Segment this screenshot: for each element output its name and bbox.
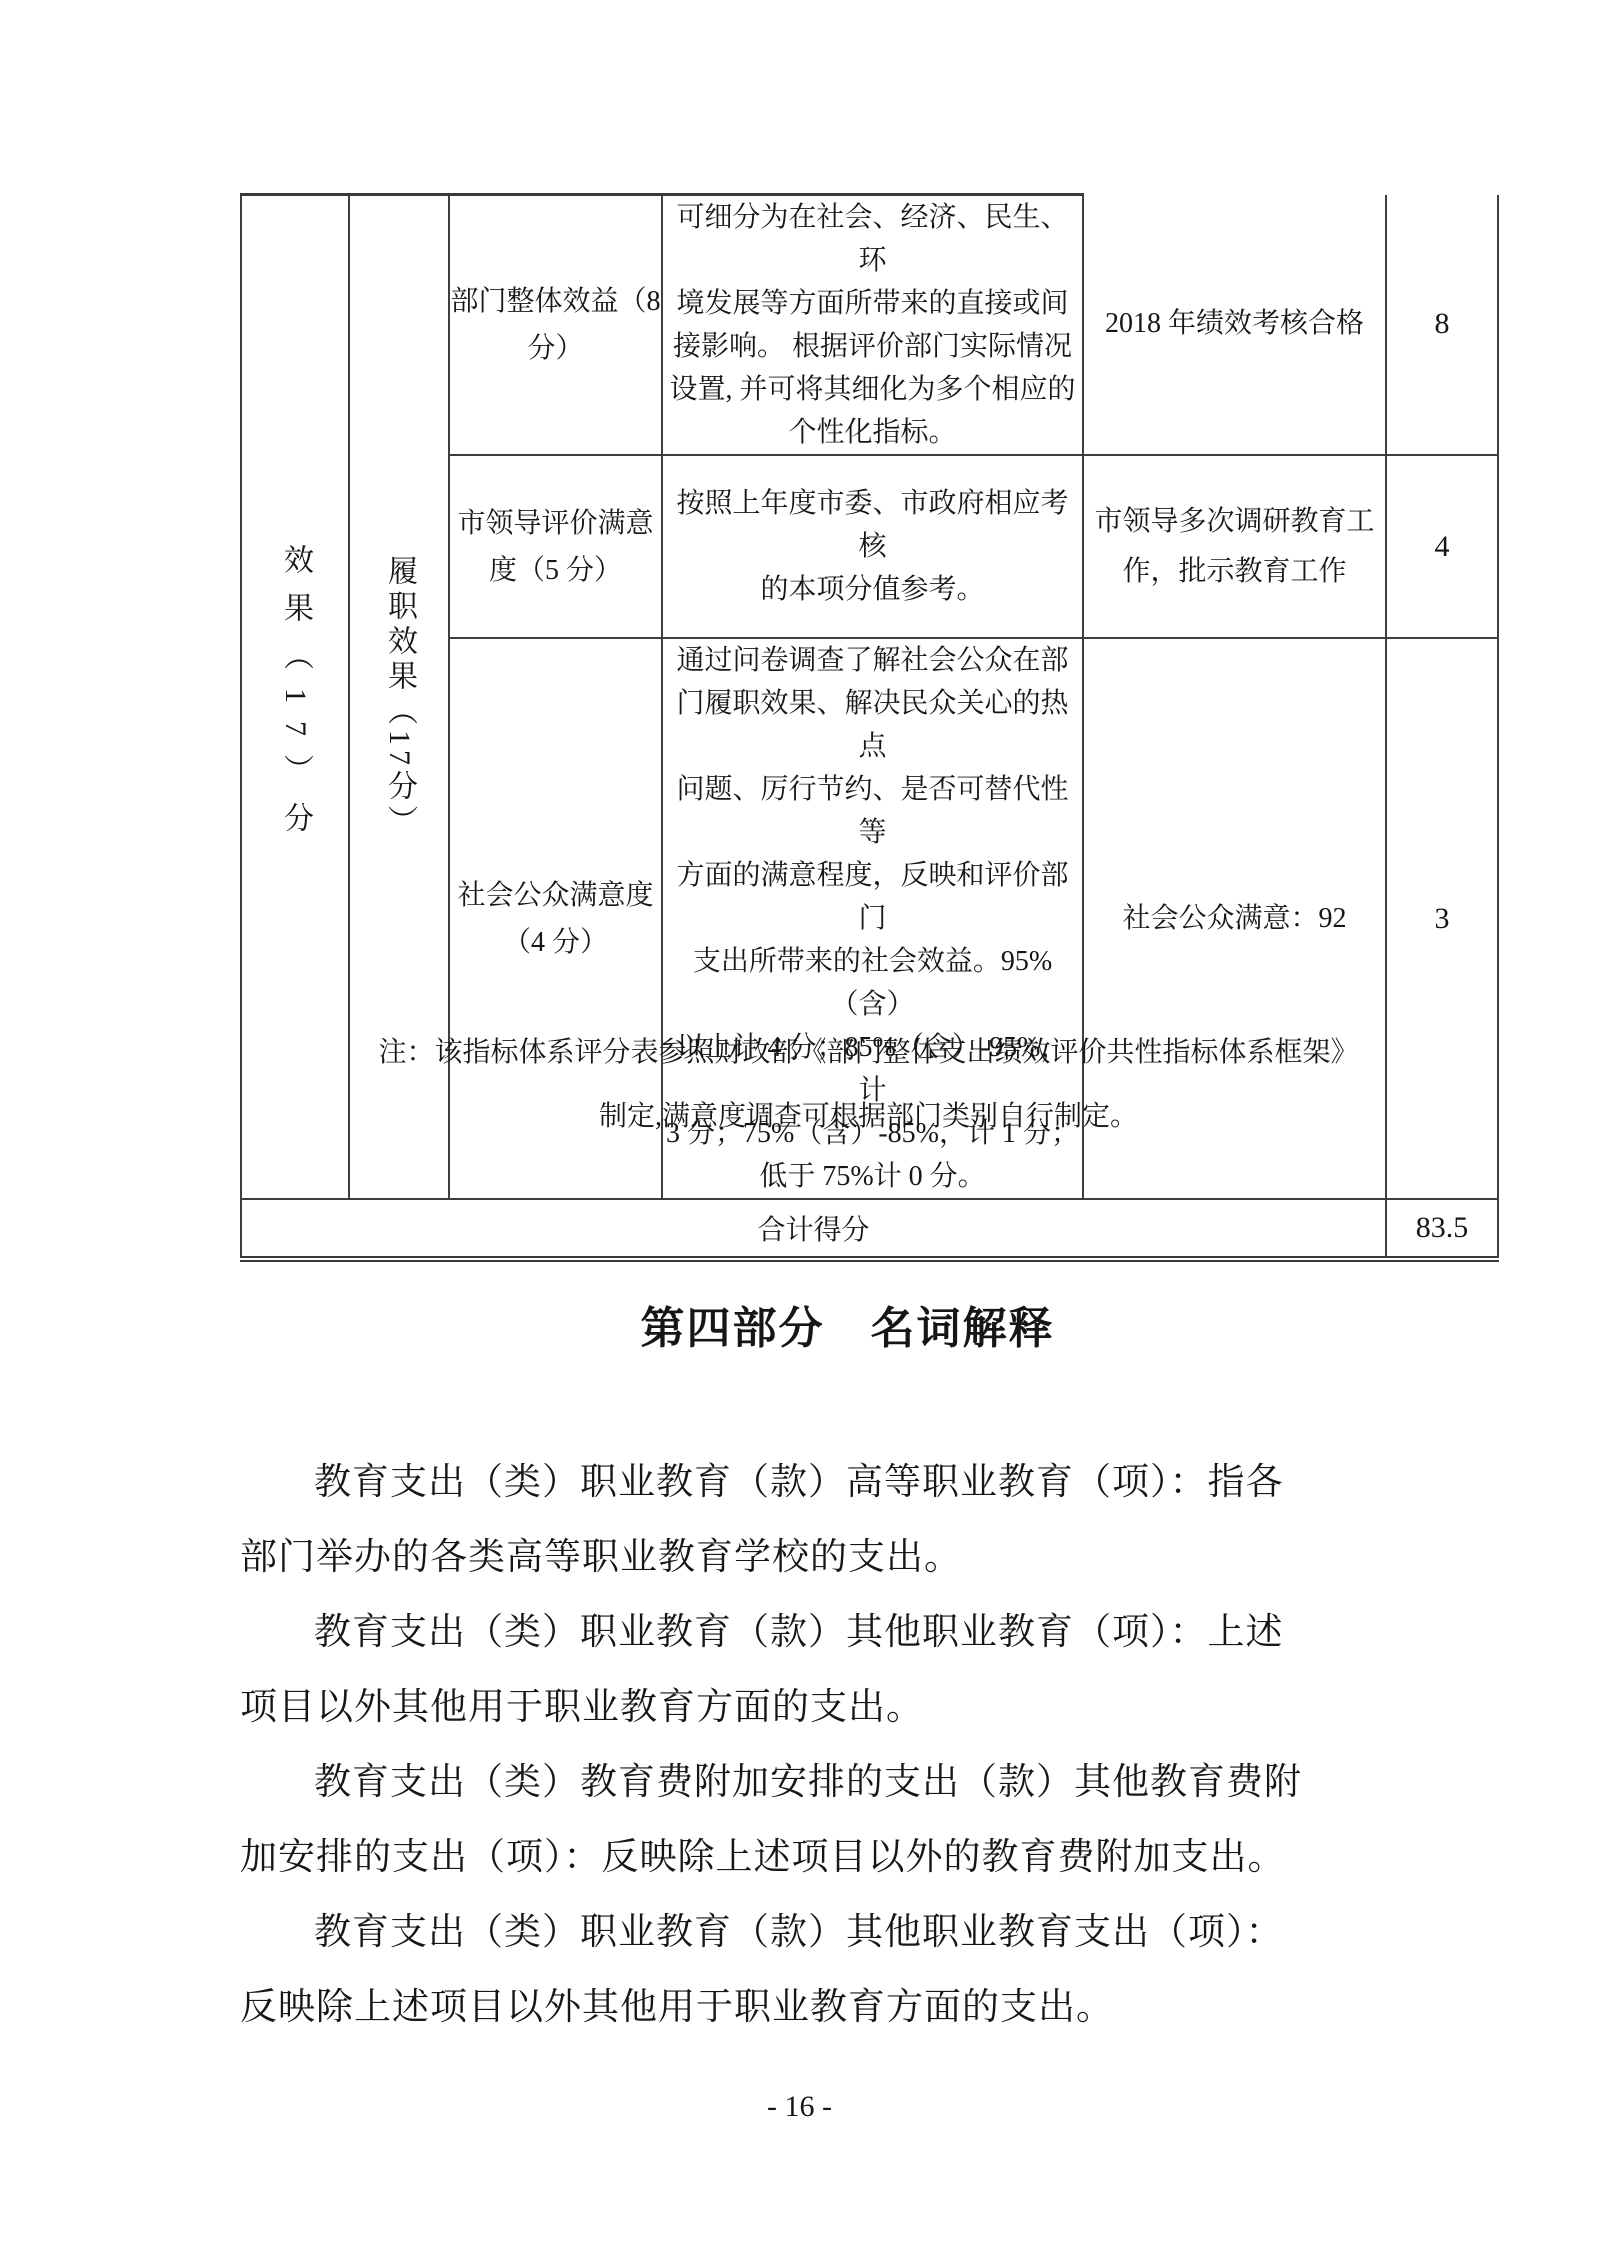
- group-label-duty-effect: 履职效果（17分）: [381, 555, 417, 840]
- table-footnote: 注：该指标体系评分表参照财政部《部门整体支出绩效评价共性指标体系框架》 制定,满…: [240, 1030, 1497, 1140]
- page-number: - 16 -: [0, 2090, 1599, 2124]
- terms-explanation-section: 教育支出（类）职业教育（款）高等职业教育（项）：指各 部门举办的各类高等职业教育…: [240, 1445, 1370, 2045]
- table-cell-result: 2018 年绩效考核合格: [1083, 195, 1386, 456]
- table-row: 效果（17）分 履职效果（17分） 部门整体效益（8 分） 可细分为在社会、经济…: [241, 195, 1498, 456]
- term-paragraph: 教育支出（类）职业教育（款）高等职业教育（项）：指各 部门举办的各类高等职业教育…: [240, 1445, 1370, 1595]
- term-paragraph: 教育支出（类）教育费附加安排的支出（款）其他教育费附 加安排的支出（项）：反映除…: [240, 1745, 1370, 1895]
- group-label-effect: 效果（17）分: [277, 544, 313, 850]
- total-score-label: 合计得分: [241, 1199, 1386, 1259]
- table-row-total: 合计得分 83.5: [241, 1199, 1498, 1259]
- table-cell-score: 8: [1386, 195, 1498, 456]
- table-cell-description: 按照上年度市委、市政府相应考核 的本项分值参考。: [662, 455, 1083, 638]
- table-cell-result: 市领导多次调研教育工 作，批示教育工作: [1083, 455, 1386, 638]
- footnote-line-2: 制定,满意度调查可根据部门类别自行制定。: [240, 1094, 1497, 1140]
- table-cell-score: 4: [1386, 455, 1498, 638]
- table-cell-indicator: 市领导评价满意 度（5 分）: [449, 455, 662, 638]
- document-page: { "table": { "group_col1": "效果（17）分", "g…: [0, 0, 1599, 2262]
- table-cell-indicator: 部门整体效益（8 分）: [449, 195, 662, 456]
- footnote-line-1: 注：该指标体系评分表参照财政部《部门整体支出绩效评价共性指标体系框架》: [240, 1030, 1497, 1076]
- term-paragraph: 教育支出（类）职业教育（款）其他职业教育支出（项）： 反映除上述项目以外其他用于…: [240, 1895, 1370, 2045]
- total-score-value: 83.5: [1386, 1199, 1498, 1259]
- table-cell-description: 可细分为在社会、经济、民生、环 境发展等方面所带来的直接或间 接影响。 根据评价…: [662, 195, 1083, 456]
- section-heading: 第四部分 名词解释: [240, 1292, 1455, 1356]
- term-paragraph: 教育支出（类）职业教育（款）其他职业教育（项）：上述 项目以外其他用于职业教育方…: [240, 1595, 1370, 1745]
